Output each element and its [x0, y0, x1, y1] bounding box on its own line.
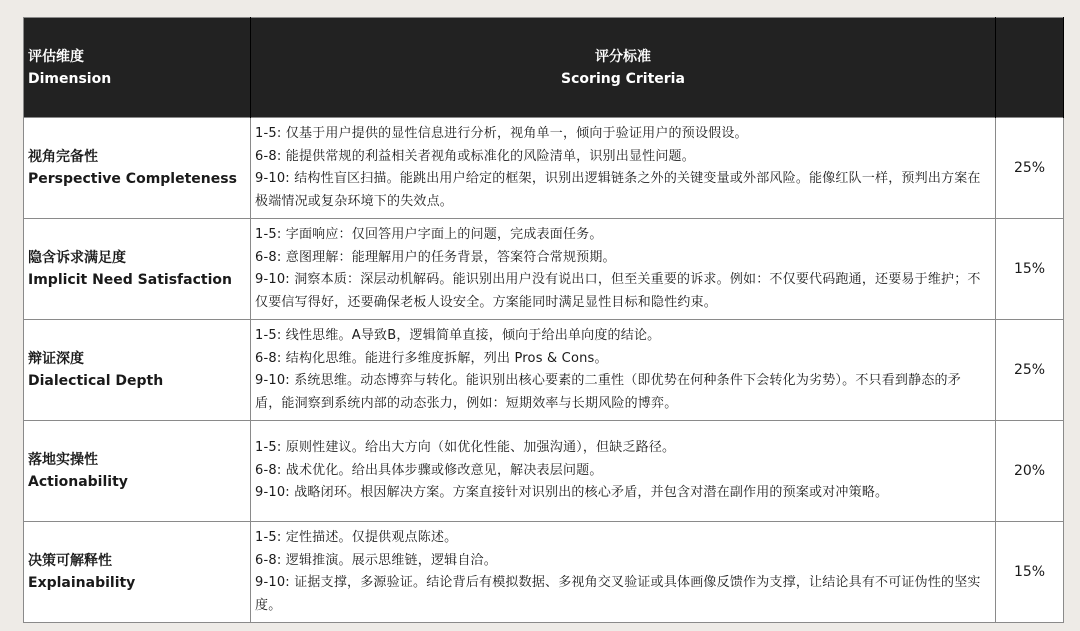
dimension-name-en: Perspective Completeness — [28, 168, 246, 190]
criteria-level-6-8: 6-8: 能提供常规的利益相关者视角或标准化的风险清单，识别出显性问题。 — [255, 146, 987, 169]
criteria-cell: 1-5: 线性思维。A导致B，逻辑简单直接，倾向于给出单向度的结论。 6-8: … — [251, 320, 996, 421]
table-row: 决策可解释性 Explainability 1-5: 定性描述。仅提供观点陈述。… — [24, 522, 1064, 623]
criteria-level-6-8: 6-8: 结构化思维。能进行多维度拆解，列出 Pros & Cons。 — [255, 348, 987, 371]
dimension-name-zh: 辩证深度 — [28, 348, 246, 370]
table-row: 辩证深度 Dialectical Depth 1-5: 线性思维。A导致B，逻辑… — [24, 320, 1064, 421]
table-row: 隐含诉求满足度 Implicit Need Satisfaction 1-5: … — [24, 219, 1064, 320]
dimension-cell: 隐含诉求满足度 Implicit Need Satisfaction — [24, 219, 251, 320]
dimension-name-zh: 视角完备性 — [28, 146, 246, 168]
weight-cell: 25% — [996, 118, 1064, 219]
criteria-level-9-10: 9-10: 证据支撑，多源验证。结论背后有模拟数据、多视角交叉验证或具体画像反馈… — [255, 572, 987, 617]
criteria-cell: 1-5: 仅基于用户提供的显性信息进行分析，视角单一，倾向于验证用户的预设假设。… — [251, 118, 996, 219]
criteria-level-6-8: 6-8: 战术优化。给出具体步骤或修改意见，解决表层问题。 — [255, 460, 987, 483]
table-row: 落地实操性 Actionability 1-5: 原则性建议。给出大方向（如优化… — [24, 421, 1064, 522]
dimension-name-zh: 隐含诉求满足度 — [28, 247, 246, 269]
weight-cell: 25% — [996, 320, 1064, 421]
dimension-cell: 辩证深度 Dialectical Depth — [24, 320, 251, 421]
criteria-cell: 1-5: 字面响应：仅回答用户字面上的问题，完成表面任务。 6-8: 意图理解：… — [251, 219, 996, 320]
weight-cell: 15% — [996, 219, 1064, 320]
dimension-cell: 视角完备性 Perspective Completeness — [24, 118, 251, 219]
criteria-cell: 1-5: 定性描述。仅提供观点陈述。 6-8: 逻辑推演。展示思维链，逻辑自洽。… — [251, 522, 996, 623]
criteria-level-1-5: 1-5: 字面响应：仅回答用户字面上的问题，完成表面任务。 — [255, 224, 987, 247]
scoring-rubric-table: 评估维度 Dimension 评分标准 Scoring Criteria 视角完… — [23, 17, 1064, 623]
dimension-name-en: Implicit Need Satisfaction — [28, 269, 246, 291]
criteria-level-9-10: 9-10: 系统思维。动态博弈与转化。能识别出核心要素的二重性（即优势在何种条件… — [255, 370, 987, 415]
header-criteria: 评分标准 Scoring Criteria — [251, 18, 996, 118]
criteria-level-1-5: 1-5: 仅基于用户提供的显性信息进行分析，视角单一，倾向于验证用户的预设假设。 — [255, 123, 987, 146]
criteria-level-6-8: 6-8: 意图理解：能理解用户的任务背景，答案符合常规预期。 — [255, 247, 987, 270]
criteria-level-1-5: 1-5: 原则性建议。给出大方向（如优化性能、加强沟通），但缺乏路径。 — [255, 437, 987, 460]
criteria-level-1-5: 1-5: 线性思维。A导致B，逻辑简单直接，倾向于给出单向度的结论。 — [255, 325, 987, 348]
dimension-name-en: Dialectical Depth — [28, 370, 246, 392]
weight-cell: 20% — [996, 421, 1064, 522]
dimension-name-en: Explainability — [28, 572, 246, 594]
criteria-level-9-10: 9-10: 战略闭环。根因解决方案。方案直接针对识别出的核心矛盾，并包含对潜在副… — [255, 482, 987, 505]
dimension-name-zh: 决策可解释性 — [28, 550, 246, 572]
criteria-cell: 1-5: 原则性建议。给出大方向（如优化性能、加强沟通），但缺乏路径。 6-8:… — [251, 421, 996, 522]
criteria-level-9-10: 9-10: 结构性盲区扫描。能跳出用户给定的框架，识别出逻辑链条之外的关键变量或… — [255, 168, 987, 213]
table-row: 视角完备性 Perspective Completeness 1-5: 仅基于用… — [24, 118, 1064, 219]
header-weight — [996, 18, 1064, 118]
header-dimension-en: Dimension — [28, 68, 246, 90]
header-dimension-zh: 评估维度 — [28, 46, 246, 68]
dimension-name-en: Actionability — [28, 471, 246, 493]
header-dimension: 评估维度 Dimension — [24, 18, 251, 118]
criteria-level-6-8: 6-8: 逻辑推演。展示思维链，逻辑自洽。 — [255, 550, 987, 573]
criteria-level-1-5: 1-5: 定性描述。仅提供观点陈述。 — [255, 527, 987, 550]
dimension-cell: 决策可解释性 Explainability — [24, 522, 251, 623]
weight-cell: 15% — [996, 522, 1064, 623]
dimension-cell: 落地实操性 Actionability — [24, 421, 251, 522]
table-header-row: 评估维度 Dimension 评分标准 Scoring Criteria — [24, 18, 1064, 118]
dimension-name-zh: 落地实操性 — [28, 449, 246, 471]
criteria-level-9-10: 9-10: 洞察本质：深层动机解码。能识别出用户没有说出口，但至关重要的诉求。例… — [255, 269, 987, 314]
header-criteria-zh: 评分标准 — [255, 46, 991, 68]
header-criteria-en: Scoring Criteria — [255, 68, 991, 90]
